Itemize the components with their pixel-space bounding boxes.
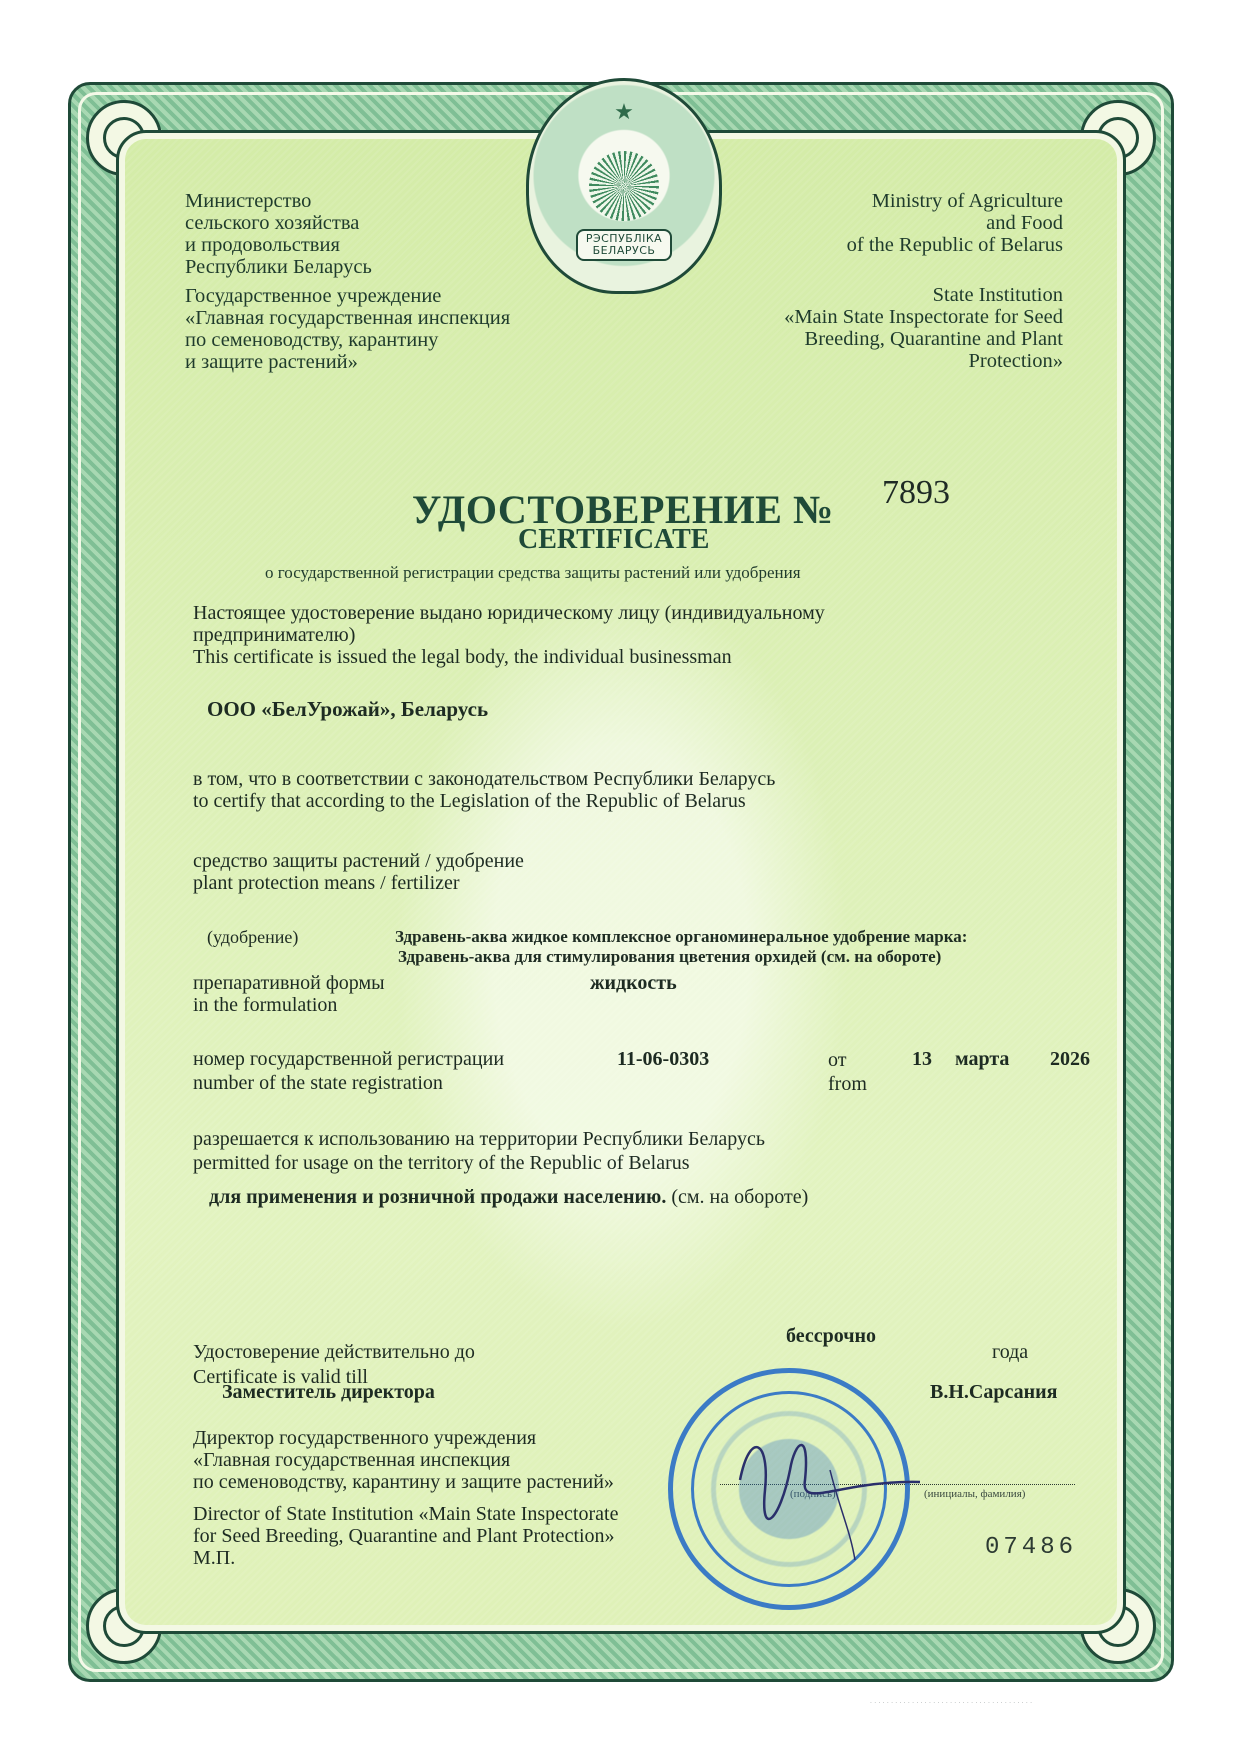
header-line: Breeding, Quarantine and Plant	[784, 328, 1063, 350]
signatory-position: Заместитель директора	[222, 1381, 435, 1403]
registration-month: марта	[955, 1048, 1009, 1070]
issued-en: This certificate is issued the legal bod…	[193, 646, 732, 668]
printer-imprint: · · · · · · · · · · · · · · · · · · · · …	[870, 1700, 1032, 1707]
permission-en: permitted for usage on the territory of …	[193, 1152, 690, 1174]
permission-scope-note: (см. на обороте)	[671, 1186, 808, 1208]
sun-rays-icon	[589, 151, 659, 221]
director-line: «Главная государственная инспекция	[193, 1449, 614, 1471]
registration-number: 11-06-0303	[617, 1048, 709, 1070]
header-line: сельского хозяйства	[185, 212, 372, 234]
certify-en: to certify that according to the Legisla…	[193, 790, 746, 812]
permission-scope: для применения и розничной продажи насел…	[209, 1186, 808, 1208]
header-line: Государственное учреждение	[185, 285, 510, 307]
holder-name: ООО «БелУрожай», Беларусь	[207, 698, 488, 720]
state-emblem-icon: ★ РЭСПУБЛІКА БЕЛАРУСЬ	[526, 78, 722, 294]
emblem-ribbon: РЭСПУБЛІКА БЕЛАРУСЬ	[576, 229, 672, 261]
header-institution-ru: Государственное учреждение «Главная госу…	[185, 285, 510, 373]
seal-place: М.П.	[193, 1547, 235, 1569]
director-title-en: Director of State Institution «Main Stat…	[193, 1503, 618, 1547]
header-line: of the Republic of Belarus	[847, 234, 1063, 256]
product-type: (удобрение)	[207, 926, 298, 948]
header-ministry-en: Ministry of Agriculture and Food of the …	[847, 190, 1063, 256]
star-icon: ★	[614, 99, 634, 125]
registration-from-en: from	[828, 1073, 867, 1095]
signatory-name: В.Н.Сарсания	[930, 1381, 1057, 1403]
formulation-value: жидкость	[590, 972, 677, 994]
director-title-ru: Директор государственного учреждения «Гл…	[193, 1427, 614, 1493]
header-institution-en: State Institution «Main State Inspectora…	[784, 284, 1063, 372]
header-line: «Main State Inspectorate for Seed	[784, 306, 1063, 328]
registration-day: 13	[912, 1048, 932, 1070]
header-line: Ministry of Agriculture	[847, 190, 1063, 212]
certificate-number: 7893	[882, 474, 950, 512]
header-line: Республики Беларусь	[185, 256, 372, 278]
director-line: Директор государственного учреждения	[193, 1427, 614, 1449]
header-line: Министерство	[185, 190, 372, 212]
emblem-ribbon-line: БЕЛАРУСЬ	[586, 245, 662, 257]
registration-label-ru: номер государственной регистрации	[193, 1048, 504, 1070]
issued-ru-line2: предпринимателю)	[193, 624, 355, 646]
product-label-en: plant protection means / fertilizer	[193, 872, 460, 894]
validity-label-ru: Удостоверение действительно до	[193, 1341, 475, 1363]
product-name-line2: Здравень-аква для стимулирования цветени…	[398, 946, 941, 968]
header-line: State Institution	[784, 284, 1063, 306]
director-line: по семеноводству, карантину и защите рас…	[193, 1471, 614, 1493]
registration-label-en: number of the state registration	[193, 1072, 443, 1094]
header-line: and Food	[847, 212, 1063, 234]
validity-value: бессрочно	[786, 1325, 876, 1347]
validity-suffix: года	[992, 1341, 1028, 1363]
header-ministry-ru: Министерство сельского хозяйства и продо…	[185, 190, 372, 278]
header-line: «Главная государственная инспекция	[185, 307, 510, 329]
issued-ru-line1: Настоящее удостоверение выдано юридическ…	[193, 602, 825, 624]
formulation-label-ru: препаративной формы	[193, 972, 385, 994]
product-label-ru: средство защиты растений / удобрение	[193, 850, 524, 872]
permission-ru: разрешается к использованию на территори…	[193, 1128, 765, 1150]
header-line: и защите растений»	[185, 351, 510, 373]
director-line: for Seed Breeding, Quarantine and Plant …	[193, 1525, 618, 1547]
certificate-title-en: CERTIFICATE	[518, 524, 709, 556]
name-caption: (инициалы, фамилия)	[924, 1488, 1025, 1500]
serial-number: 07486	[985, 1534, 1077, 1561]
certify-ru: в том, что в соответствии с законодатель…	[193, 768, 775, 790]
permission-scope-bold: для применения и розничной продажи насел…	[209, 1186, 666, 1208]
certificate-caption: о государственной регистрации средства з…	[265, 563, 801, 583]
header-line: по семеноводству, карантину	[185, 329, 510, 351]
registration-year: 2026	[1050, 1048, 1090, 1070]
header-line: и продовольствия	[185, 234, 372, 256]
product-name-line1: Здравень-аква жидкое комплексное органом…	[395, 926, 967, 948]
registration-from-ru: от	[828, 1049, 846, 1071]
formulation-label-en: in the formulation	[193, 994, 337, 1016]
header-line: Protection»	[784, 350, 1063, 372]
director-line: Director of State Institution «Main Stat…	[193, 1503, 618, 1525]
handwritten-signature-icon	[720, 1410, 920, 1560]
